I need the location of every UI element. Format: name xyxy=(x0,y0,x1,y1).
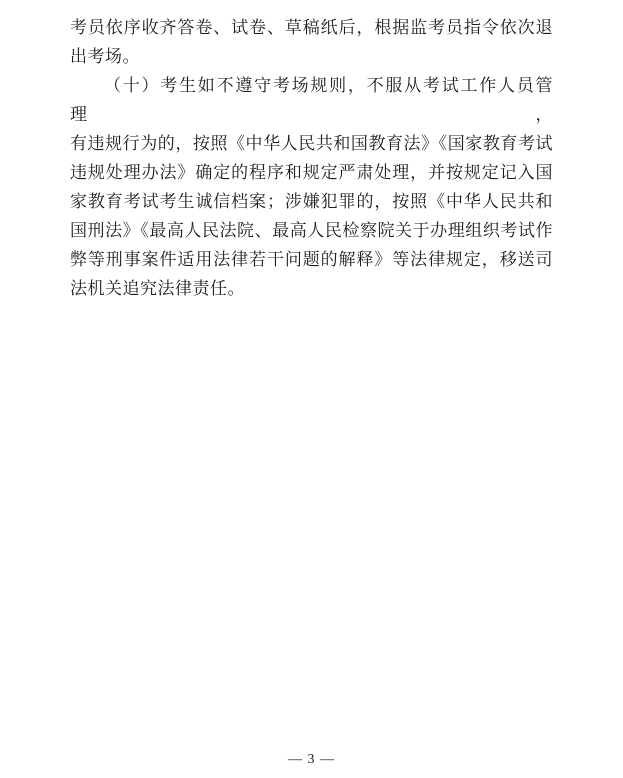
document-page: 考员依序收齐答卷、试卷、草稿纸后，根据监考员指令依次退 出考场。 （十）考生如不… xyxy=(0,0,623,778)
page-footer: — 3 — xyxy=(0,751,623,769)
document-body: 考员依序收齐答卷、试卷、草稿纸后，根据监考员指令依次退 出考场。 （十）考生如不… xyxy=(70,13,553,303)
text-line: 考员依序收齐答卷、试卷、草稿纸后，根据监考员指令依次退 xyxy=(70,13,553,42)
text-line: 国刑法》《最高人民法院、最高人民检察院关于办理组织考试作 xyxy=(70,216,553,245)
page-number: — 3 — xyxy=(288,752,335,767)
text-line: 弊等刑事案件适用法律若干问题的解释》等法律规定，移送司 xyxy=(70,245,553,274)
text-line: 出考场。 xyxy=(70,42,553,71)
text-line: 违规处理办法》确定的程序和规定严肃处理，并按规定记入国 xyxy=(70,158,553,187)
text-line: 有违规行为的，按照《中华人民共和国教育法》《国家教育考试 xyxy=(70,129,553,158)
text-line: （十）考生如不遵守考场规则，不服从考试工作人员管理， xyxy=(70,71,553,129)
text-line: 法机关追究法律责任。 xyxy=(70,274,553,303)
text-line: 家教育考试考生诚信档案；涉嫌犯罪的，按照《中华人民共和 xyxy=(70,187,553,216)
